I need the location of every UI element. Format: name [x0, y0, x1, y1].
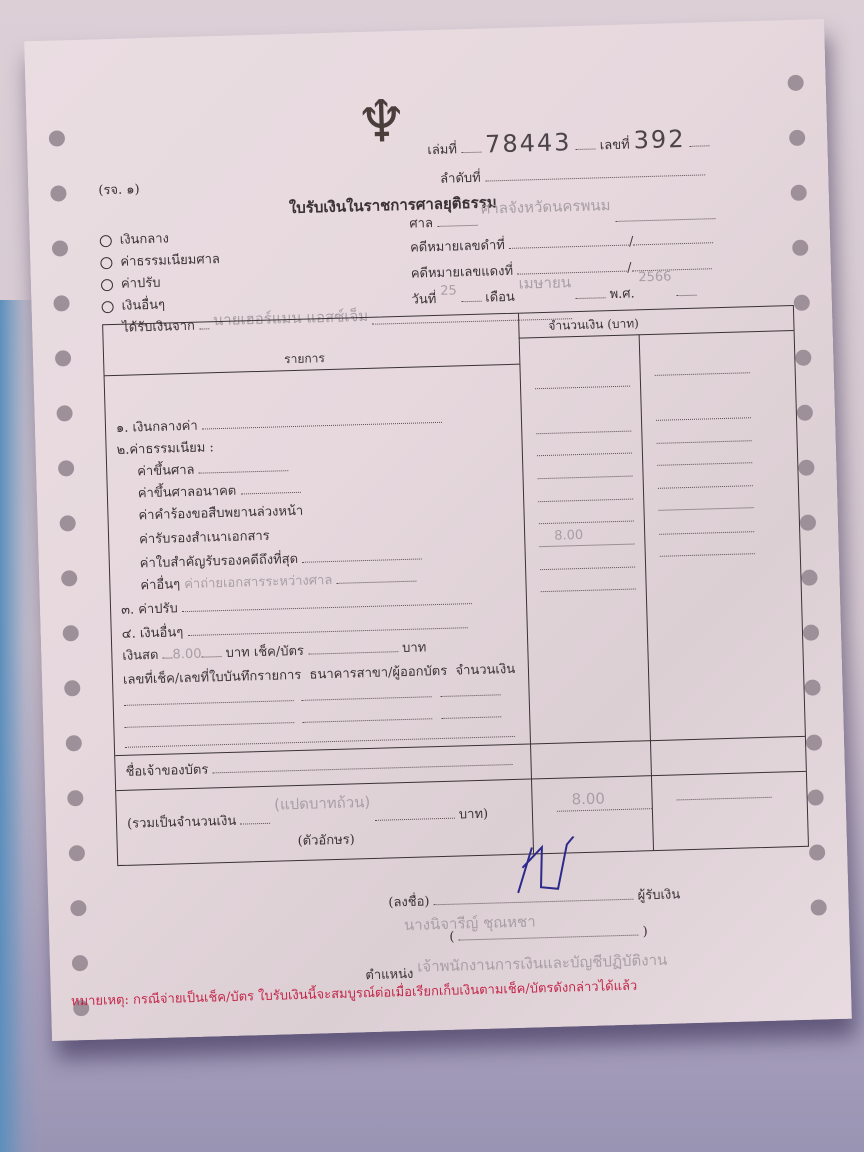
row-label: ค่ารับรองสำเนาเอกสาร	[139, 529, 270, 548]
radio-icon[interactable]	[100, 234, 112, 246]
sequence-field: ลำดับที่	[440, 160, 705, 188]
perforation-hole	[810, 899, 826, 915]
radio-icon[interactable]	[100, 256, 112, 268]
row-value: ค่าถ่ายเอกสารระหว่างศาล	[184, 573, 332, 592]
total-label: (รวมเป็นจำนวนเงิน	[127, 814, 237, 832]
row-label: ๒.ค่าธรรมเนียม :	[116, 440, 214, 458]
perforation-hole	[58, 460, 74, 476]
radio-icon[interactable]	[101, 300, 113, 312]
category-label: เงินกลาง	[120, 231, 170, 247]
total-words-caption: (ตัวอักษร)	[297, 828, 355, 851]
perforation-hole	[69, 845, 85, 861]
perforation-hole	[807, 789, 823, 805]
row-label: ค่าใบสำคัญรับรองคดีถึงที่สุด	[140, 552, 299, 571]
row-label: ๑. เงินกลางค่า	[116, 419, 198, 436]
perforation-hole	[809, 844, 825, 860]
perforation-hole	[797, 404, 813, 420]
sign-field: (ลงชื่อ) ผู้รับเงิน	[388, 883, 680, 912]
perforation-hole	[66, 735, 82, 751]
perforation-hole	[789, 130, 805, 146]
receipt-number-value: 392	[633, 125, 686, 154]
cash-value: 8.00	[172, 647, 201, 663]
red-case-label: คดีหมายเลขแดงที่	[411, 264, 514, 282]
perforation-hole	[59, 515, 75, 531]
cheque-label: เช็ค/บัตร	[254, 644, 304, 660]
table-row: ๑. เงินกลางค่า	[116, 408, 442, 438]
row-label: ค่าขึ้นศาล	[137, 463, 195, 480]
category-option-2[interactable]: ค่าปรับ	[101, 272, 161, 295]
category-label: ค่าธรรมเนียมศาล	[120, 252, 220, 270]
perforation-hole	[72, 955, 88, 971]
book-number-value: 78443	[485, 128, 572, 158]
items-header: รายการ	[284, 349, 325, 369]
perforation-hole	[801, 569, 817, 585]
row-label: ๓. ค่าปรับ	[121, 601, 178, 618]
year-label: พ.ศ.	[609, 286, 635, 302]
perforation-hole	[70, 900, 86, 916]
perforation-hole	[792, 240, 808, 256]
perforation-hole	[787, 75, 803, 91]
row-amount-certificate: 8.00	[554, 528, 583, 544]
total-amount-value: 8.00	[571, 789, 605, 808]
cheque-col-amount: จำนวนเงิน	[455, 662, 515, 679]
cheque-col-bank: ธนาคารสาขา/ผู้ออกบัตร	[309, 664, 447, 683]
card-owner-label: ชื่อเจ้าของบัตร	[125, 763, 208, 780]
court-value: ศาลจังหวัดนครพนม	[481, 196, 611, 218]
baht-label: บาท	[402, 640, 427, 656]
total-words-value: (แปดบาทถ้วน)	[274, 793, 371, 814]
perforation-hole	[55, 350, 71, 366]
perforation-hole	[56, 405, 72, 421]
form-code: (รจ. ๑)	[98, 178, 140, 200]
position-value: เจ้าพนักงานการเงินและบัญชีปฏิบัติงาน	[417, 951, 667, 976]
book-number-field: เล่มที่ 78443 เลขที่ 392	[427, 124, 710, 160]
footnote: หมายเหตุ: กรณีจ่ายเป็นเช็ค/บัตร ใบรับเงิ…	[71, 975, 638, 1012]
perforation-hole	[803, 624, 819, 640]
garuda-emblem-icon: ♆	[350, 81, 412, 163]
row-label: ค่าคำร้องขอสืบพยานล่วงหน้า	[138, 504, 303, 524]
court-label: ศาล	[409, 216, 433, 232]
perforation-hole	[804, 679, 820, 695]
perforation-hole	[63, 625, 79, 641]
perforation-hole	[791, 185, 807, 201]
table-row: ๒.ค่าธรรมเนียม :	[116, 436, 214, 460]
table-row: ค่าคำร้องขอสืบพยานล่วงหน้า	[138, 500, 303, 526]
category-label: เงินอื่นๆ	[121, 298, 165, 314]
category-label: ค่าปรับ	[121, 276, 161, 292]
perforation-hole	[52, 240, 68, 256]
receipt-content: ♆ (รจ. ๑) เล่มที่ 78443 เลขที่ 392 ลำดับ…	[95, 61, 755, 79]
receipt-paper: ♆ (รจ. ๑) เล่มที่ 78443 เลขที่ 392 ลำดับ…	[24, 19, 852, 1041]
sign-label: (ลงชื่อ)	[388, 894, 429, 910]
perforation-hole	[67, 790, 83, 806]
book-number-label: เล่มที่	[427, 142, 457, 158]
perforation-hole	[64, 680, 80, 696]
category-option-0[interactable]: เงินกลาง	[99, 227, 169, 250]
perforation-hole	[795, 350, 811, 366]
receiver-label: ผู้รับเงิน	[637, 887, 680, 903]
amount-header: จำนวนเงิน (บาท)	[548, 314, 639, 336]
total-baht-suffix: บาท)	[459, 807, 489, 823]
radio-icon[interactable]	[101, 278, 113, 290]
perforation-hole	[800, 514, 816, 530]
sequence-label: ลำดับที่	[440, 171, 481, 187]
card-owner-field: ชื่อเจ้าของบัตร	[125, 750, 512, 782]
cash-label: เงินสด	[122, 648, 158, 664]
perforation-hole	[806, 734, 822, 750]
row-label: ๔. เงินอื่นๆ	[122, 625, 184, 642]
table-row: ค่าขึ้นศาล	[137, 456, 289, 481]
perforation-hole	[794, 295, 810, 311]
table-row: ค่ารับรองสำเนาเอกสาร	[139, 525, 270, 550]
row-label: ค่าอื่นๆ	[140, 577, 180, 593]
perforation-hole	[50, 185, 66, 201]
year-value: 2566	[638, 269, 671, 285]
perforation-hole	[53, 295, 69, 311]
cheque-col-number: เลขที่เช็ค/เลขที่ใบบันทึกรายการ	[123, 668, 302, 688]
receipt-number-label: เลขที่	[600, 138, 630, 154]
perforation-hole	[49, 130, 65, 146]
perforation-hole	[798, 459, 814, 475]
baht-label: บาท	[225, 645, 250, 661]
perforation-hole	[61, 570, 77, 586]
row-label: ค่าขึ้นศาลอนาคต	[138, 484, 237, 502]
items-table: รายการ จำนวนเงิน (บาท) ๑. เงินกลางค่า ๒.…	[102, 305, 809, 866]
date-value: 25	[440, 283, 457, 298]
month-value: เมษายน	[518, 273, 571, 292]
black-case-label: คดีหมายเลขดำที่	[410, 238, 505, 256]
category-option-1[interactable]: ค่าธรรมเนียมศาล	[100, 248, 220, 272]
